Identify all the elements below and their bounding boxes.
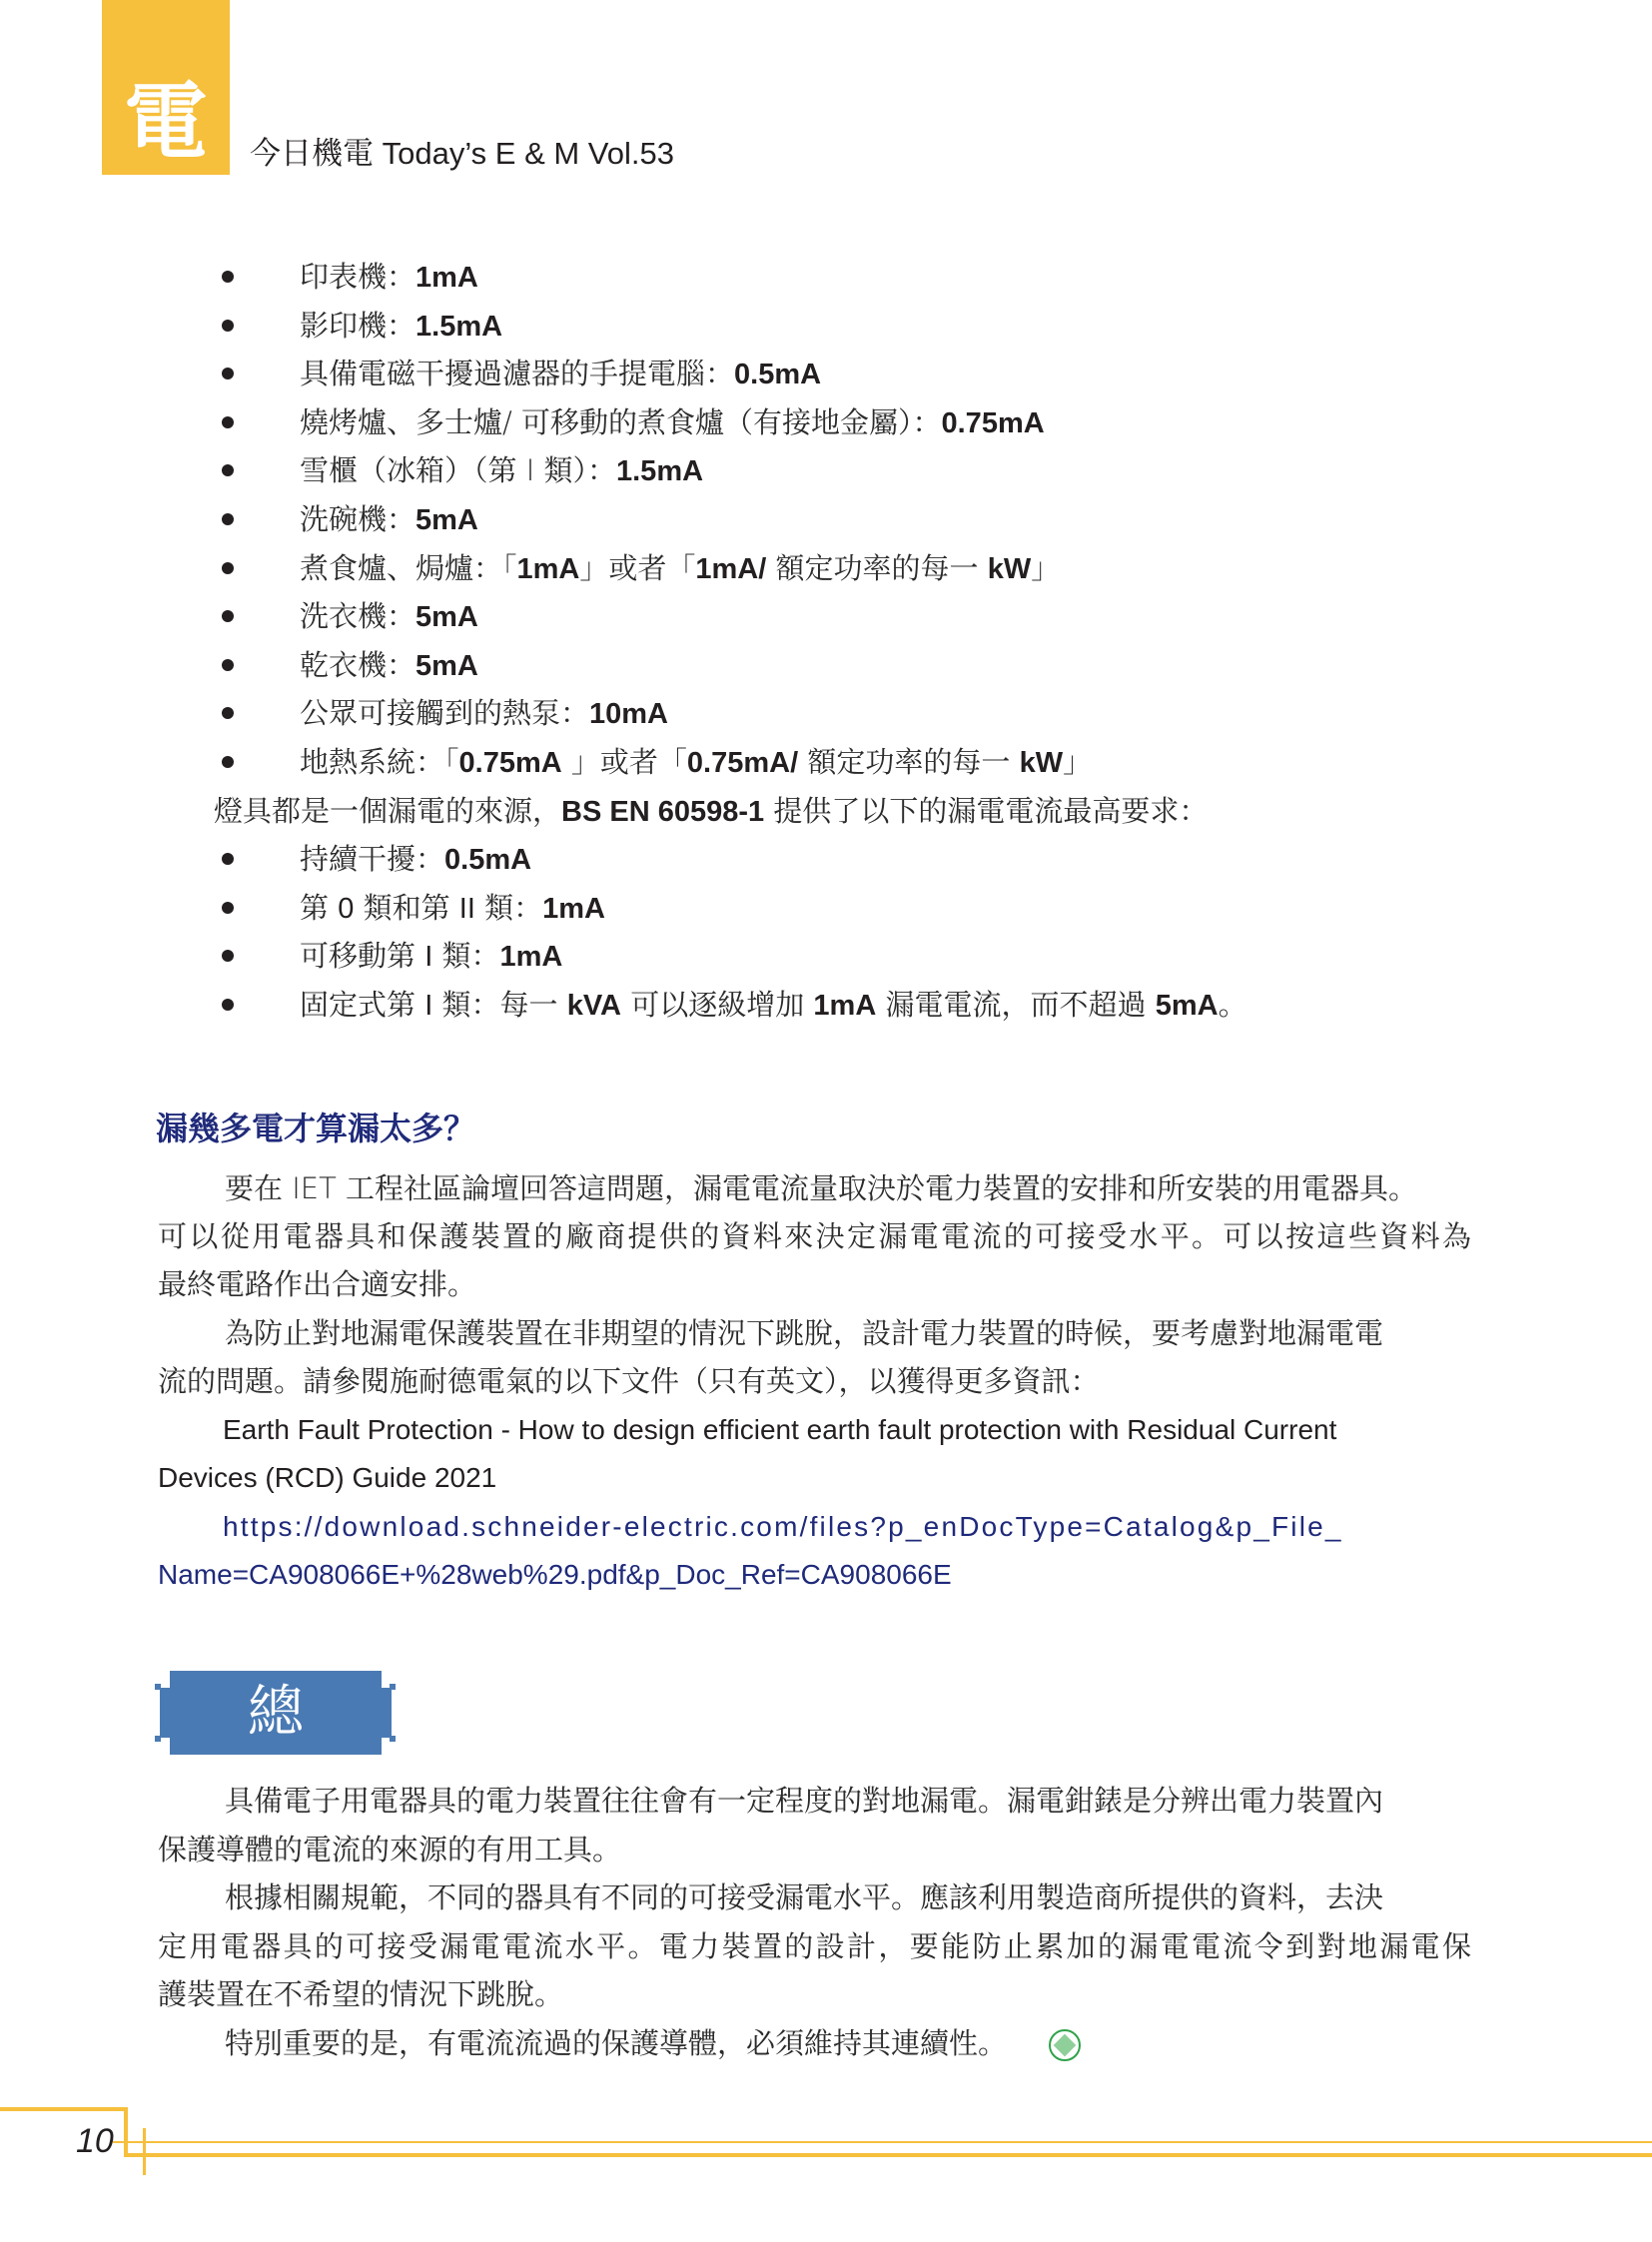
item-value: 1mA [415, 262, 478, 294]
item-label: 可移動第 [300, 939, 424, 973]
lighting-intro: 燈具都是一個漏電的來源，BS EN 60598-1 提供了以下的漏電電流最高要求… [214, 789, 1208, 833]
standard-reference: BS EN 60598-1 [561, 796, 764, 828]
list-item: 具備電磁干擾過濾器的手提電腦：0.5mA [300, 352, 821, 395]
reference-title: Earth Fault Protection - How to design e… [223, 1408, 1336, 1452]
item-label: 固定式第 [300, 988, 424, 1022]
item-value: 5mA [415, 601, 478, 633]
banner-notch [382, 1688, 392, 1738]
item-label: 雪櫃（冰箱）（第 I 類）： [300, 453, 616, 487]
item-value: 1mA/ [695, 553, 766, 585]
list-item: 煮食爐、焗爐：「1mA」或者「1mA/ 額定功率的每一 kW」 [300, 546, 1060, 590]
bullet-icon [222, 950, 234, 962]
magazine-logo-glyph: 電 [102, 72, 230, 172]
item-label: 」或者「 [579, 551, 695, 585]
end-mark-diamond [1054, 2034, 1077, 2057]
item-value: 0 [338, 893, 354, 925]
item-value: 10mA [589, 698, 668, 730]
bullet-icon [222, 464, 234, 476]
bullet-icon [222, 368, 234, 379]
item-value: 0.5mA [444, 844, 531, 876]
item-value: 1mA [517, 553, 580, 585]
item-label: 第 [300, 891, 338, 925]
item-value: kW [988, 553, 1032, 585]
list-item: 影印機：1.5mA [300, 304, 502, 348]
item-value: kW [1020, 747, 1064, 779]
intro-text: 燈具都是一個漏電的來源， [214, 794, 561, 828]
item-value: 1mA [542, 893, 605, 925]
paragraph-line: 最終電路作出合適安排。 [158, 1262, 1471, 1306]
item-value: 5mA [415, 650, 478, 682]
list-item: 地熱系統：「0.75mA 」或者「0.75mA/ 額定功率的每一 kW」 [300, 740, 1092, 784]
banner-notch [390, 1736, 396, 1742]
footer-rule [0, 2107, 128, 2111]
paragraph-line: 流的問題。請參閱施耐德電氣的以下文件（只有英文），以獲得更多資訊： [158, 1359, 1471, 1403]
reference-link[interactable]: Name=CA908066E+%28web%29.pdf&p_Doc_Ref=C… [158, 1553, 952, 1597]
item-value: II [459, 893, 475, 925]
magazine-title: 今日機電 Today’s E & M Vol.53 [250, 134, 674, 174]
section-heading: 漏幾多電才算漏太多？ [156, 1107, 475, 1150]
paragraph-line: 保護導體的電流的來源的有用工具。 [158, 1828, 1471, 1871]
end-mark-icon [1049, 2029, 1081, 2061]
bullet-icon [222, 999, 234, 1011]
reference-link[interactable]: https://download.schneider-electric.com/… [223, 1505, 1343, 1549]
item-label: 」或者「 [562, 745, 687, 779]
paragraph-line: 可以從用電器具和保護裝置的廠商提供的資料來決定漏電電流的可接受水平。可以按這些資… [158, 1214, 1471, 1258]
bullet-icon [222, 707, 234, 719]
list-item: 乾衣機：5mA [300, 643, 478, 687]
item-value: 0.5mA [734, 359, 821, 390]
item-label: 」 [1063, 745, 1092, 779]
bullet-icon [222, 853, 234, 865]
item-value: 5mA [415, 504, 478, 536]
banner-notch [155, 1736, 161, 1742]
item-label: 類和第 [354, 891, 458, 925]
list-item: 燒烤爐、多士爐/ 可移動的煮食爐（有接地金屬）：0.75mA [300, 400, 1045, 444]
item-label: 燒烤爐、多士爐/ 可移動的煮食爐（有接地金屬）： [300, 405, 942, 439]
item-value: 1mA [500, 941, 563, 973]
bullet-icon [222, 756, 234, 768]
bullet-icon [222, 659, 234, 671]
paragraph-line: 根據相關規範，不同的器具有不同的可接受漏電水平。應該利用製造商所提供的資料，去決 [225, 1875, 1383, 1919]
bullet-icon [222, 320, 234, 332]
list-item: 洗碗機：5mA [300, 497, 478, 541]
item-label: 類：每一 [432, 988, 566, 1022]
item-label: 」 [1031, 551, 1060, 585]
page-number: 10 [76, 2121, 114, 2161]
footer-thin-rule [113, 2141, 1652, 2143]
footer-rule [124, 2153, 1652, 2157]
paragraph-line: 特別重要的是，有電流流過的保護導體，必須維持其連續性。 [225, 2021, 1007, 2065]
item-label: 。 [1219, 988, 1247, 1022]
item-label: 印表機： [300, 260, 415, 294]
item-label: 持續干擾： [300, 842, 444, 876]
item-label: 洗衣機： [300, 599, 415, 633]
banner-notch [390, 1684, 396, 1690]
item-label: 乾衣機： [300, 648, 415, 682]
item-value: 0.75mA [942, 407, 1045, 439]
banner-notch [160, 1688, 170, 1738]
item-label: 類： [475, 891, 542, 925]
item-label: 漏電電流，而不超過 [876, 988, 1155, 1022]
item-value: 5mA [1156, 990, 1219, 1022]
intro-text: 提供了以下的漏電電流最高要求： [764, 794, 1208, 828]
item-value: 1.5mA [415, 311, 502, 343]
item-label: 可以逐級增加 [621, 988, 813, 1022]
item-value: 1.5mA [616, 455, 703, 487]
item-value: 0.75mA [459, 747, 562, 779]
item-label: 地熱系統：「 [300, 745, 459, 779]
bullet-icon [222, 513, 234, 525]
footer-tick [143, 2128, 146, 2175]
list-item: 印表機：1mA [300, 255, 478, 299]
list-item: 公眾可接觸到的熱泵：10mA [300, 691, 668, 735]
paragraph-line: 要在 IET 工程社區論壇回答這問題，漏電電流量取決於電力裝置的安排和所安裝的用… [225, 1166, 1417, 1210]
list-item: 持續干擾：0.5mA [300, 837, 531, 881]
item-label: 煮食爐、焗爐：「 [300, 551, 517, 585]
list-item: 可移動第 I 類：1mA [300, 934, 562, 978]
list-item: 雪櫃（冰箱）（第 I 類）：1.5mA [300, 448, 703, 492]
item-label: 具備電磁干擾過濾器的手提電腦： [300, 357, 734, 390]
item-value: kVA [567, 990, 621, 1022]
list-item: 第 0 類和第 II 類：1mA [300, 886, 605, 930]
item-label: 類： [432, 939, 499, 973]
reference-title: Devices (RCD) Guide 2021 [158, 1456, 496, 1500]
item-label: 額定功率的每一 [798, 745, 1019, 779]
item-label: 額定功率的每一 [766, 551, 987, 585]
bullet-icon [222, 416, 234, 428]
paragraph-line: 具備電子用電器具的電力裝置往往會有一定程度的對地漏電。漏電鉗錶是分辨出電力裝置內 [225, 1779, 1383, 1823]
paragraph-line: 為防止對地漏電保護裝置在非期望的情況下跳脫，設計電力裝置的時候，要考慮對地漏電電 [225, 1311, 1383, 1355]
paragraph-line: 定用電器具的可接受漏電電流水平。電力裝置的設計，要能防止累加的漏電電流令到對地漏… [158, 1924, 1471, 1968]
bullet-icon [222, 562, 234, 574]
list-item: 固定式第 I 類：每一 kVA 可以逐級增加 1mA 漏電電流，而不超過 5mA… [300, 983, 1247, 1027]
item-value: 0.75mA/ [687, 747, 798, 779]
paragraph-line: 護裝置在不希望的情況下跳脫。 [158, 1972, 1471, 2016]
item-label: 洗碗機： [300, 502, 415, 536]
item-value: 1mA [813, 990, 876, 1022]
item-label: 影印機： [300, 309, 415, 343]
bullet-icon [222, 610, 234, 622]
bullet-icon [222, 902, 234, 914]
bullet-icon [222, 271, 234, 283]
footer-rule [124, 2107, 128, 2157]
item-label: 公眾可接觸到的熱泵： [300, 696, 589, 730]
list-item: 洗衣機：5mA [300, 594, 478, 638]
banner-notch [155, 1684, 161, 1690]
summary-title: 總結 [170, 1671, 382, 1755]
